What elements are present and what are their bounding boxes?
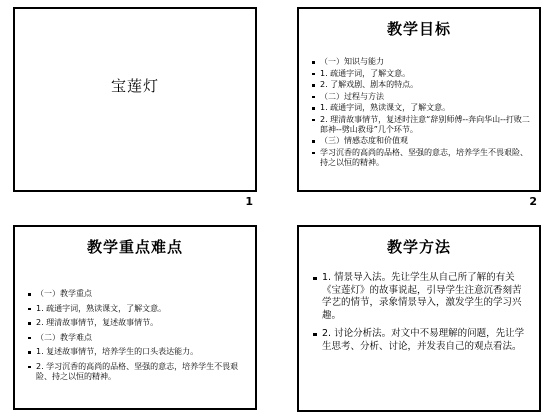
slide-3-title: 教学重点难点 [15,236,255,257]
slide-3-bullet-list: （一）教学重点 1. 疏通字词，熟读课文，了解文意。 2. 理清故事情节，复述故… [15,289,255,382]
slide-thumbnail-2[interactable]: 教学目标 （一）知识与能力 1. 疏通字词，了解文意。 2. 了解戏剧、剧本的特… [297,7,541,192]
bullet-item: 1. 疏通字词，了解文意。 [311,69,531,79]
bullet-item: 1. 复述故事情节，培养学生的口头表达能力。 [27,347,247,357]
bullet-item: （三）情感态度和价值观 [311,136,531,146]
slide-1-title: 宝莲灯 [15,75,255,96]
bullet-item: 2. 理清故事情节，复述时注意“辞别师傅--奔向华山--打败二郎神--劈山救母”… [311,115,531,135]
handout-page: 宝莲灯 1 教学目标 （一）知识与能力 1. 疏通字词，了解文意。 2. 了解戏… [0,0,549,419]
bullet-item: 2. 讨论分析法。对文中不易理解的问题，先让学生思考、分析、讨论，并发表自己的观… [312,328,527,353]
slide-thumbnail-3[interactable]: 教学重点难点 （一）教学重点 1. 疏通字词，熟读课文，了解文意。 2. 理清故… [13,225,257,410]
slide-2-bullet-list: （一）知识与能力 1. 疏通字词，了解文意。 2. 了解戏剧、剧本的特点。 （二… [299,57,539,168]
slide-2-page-number: 2 [297,195,541,208]
bullet-item: 1. 疏通字词，熟读课文，了解文意。 [27,304,247,314]
bullet-item: 2. 了解戏剧、剧本的特点。 [311,80,531,90]
slide-thumbnail-4[interactable]: 教学方法 1. 情景导入法。先让学生从自己所了解的有关《宝莲灯》的故事说起，引导… [297,225,541,412]
slide-thumbnail-1[interactable]: 宝莲灯 [13,7,257,192]
bullet-item: （一）教学重点 [27,289,247,299]
bullet-item: （二）教学难点 [27,333,247,343]
slide-1-page-number: 1 [13,195,257,208]
bullet-item: 1. 情景导入法。先让学生从自己所了解的有关《宝莲灯》的故事说起，引导学生注意沉… [312,272,527,322]
bullet-item: 1. 疏通字词，熟读课文，了解文意。 [311,103,531,113]
bullet-item: 2. 理清故事情节，复述故事情节。 [27,318,247,328]
bullet-item: 学习沉香的高尚的品格、坚强的意志，培养学生不畏艰险、持之以恒的精神。 [311,148,531,168]
bullet-item: （一）知识与能力 [311,57,531,67]
slide-4-bullet-list: 1. 情景导入法。先让学生从自己所了解的有关《宝莲灯》的故事说起，引导学生注意沉… [299,272,539,353]
bullet-item: （二）过程与方法 [311,92,531,102]
slide-2-title: 教学目标 [299,18,539,39]
slide-4-title: 教学方法 [299,236,539,257]
bullet-item: 2. 学习沉香的高尚的品格、坚强的意志，培养学生不畏艰险、持之以恒的精神。 [27,362,247,382]
